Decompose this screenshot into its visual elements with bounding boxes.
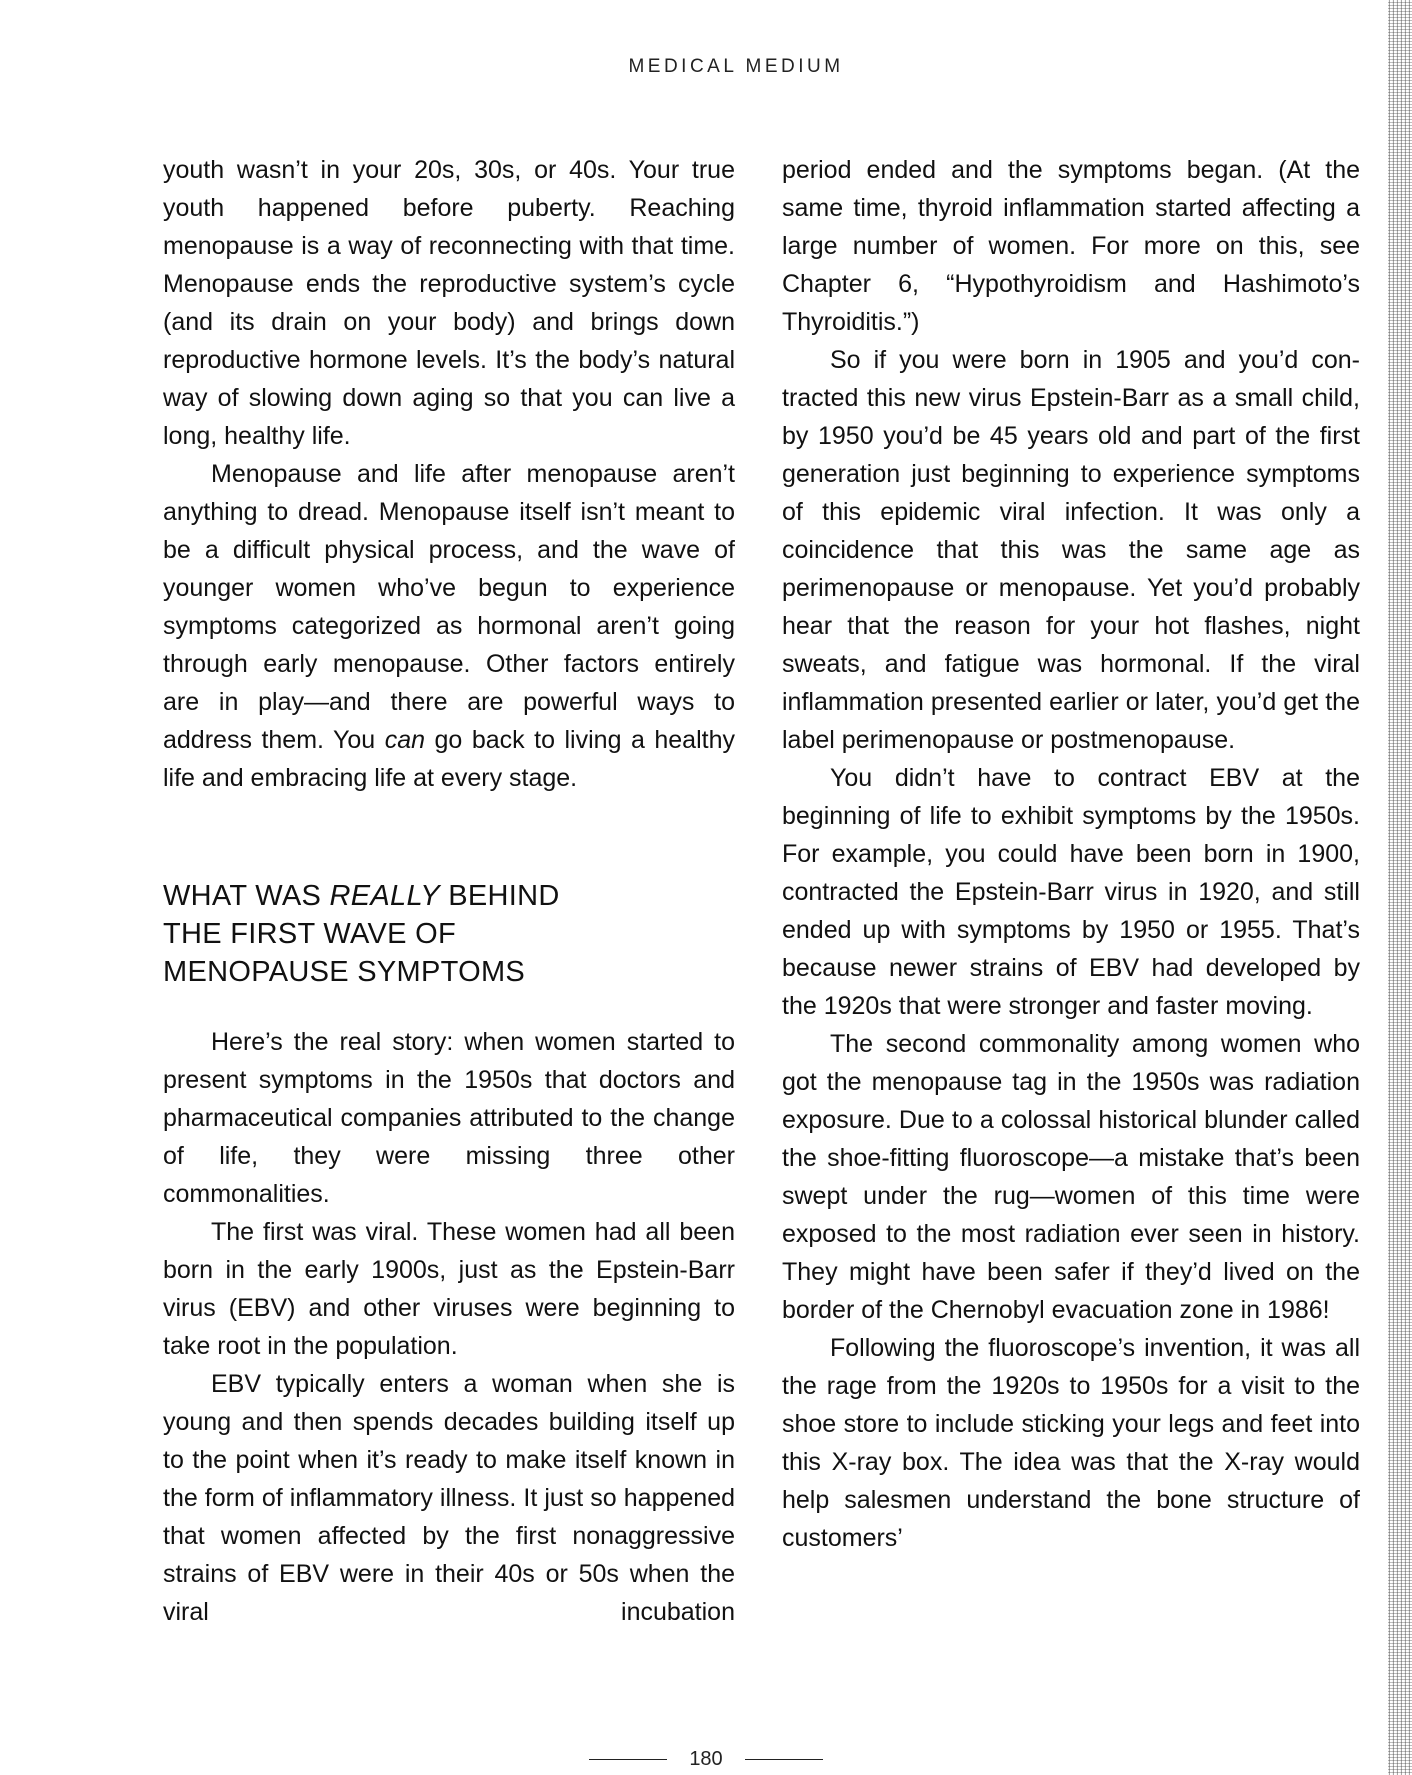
paragraph: The first was viral. These women had all… bbox=[163, 1213, 735, 1365]
paragraph-text: Menopause and life after menopause aren’… bbox=[163, 460, 735, 754]
paragraph: EBV typically enters a woman when she is… bbox=[163, 1365, 735, 1631]
heading-text: BEHIND bbox=[440, 880, 560, 912]
footer-rule-right bbox=[745, 1759, 823, 1760]
paragraph: period ended and the symptoms began. (At… bbox=[782, 151, 1360, 341]
paragraph: So if you were born in 1905 and you’d co… bbox=[782, 341, 1360, 759]
heading-text: MENOPAUSE SYMPTOMS bbox=[163, 956, 525, 988]
heading-text: WHAT WAS bbox=[163, 880, 330, 912]
paragraph: You didn’t have to contract EBV at the b… bbox=[782, 759, 1360, 1025]
paragraph: Menopause and life after menopause aren’… bbox=[163, 455, 735, 797]
paragraph: The second commonality among women who g… bbox=[782, 1025, 1360, 1329]
page-footer: 180 bbox=[0, 1748, 1412, 1771]
scanned-page-edge bbox=[1388, 0, 1412, 1775]
footer-rule-left bbox=[589, 1759, 667, 1760]
left-column: youth wasn’t in your 20s, 30s, or 40s. Y… bbox=[163, 151, 735, 1631]
running-head: MEDICAL MEDIUM bbox=[0, 56, 1412, 78]
paragraph: youth wasn’t in your 20s, 30s, or 40s. Y… bbox=[163, 151, 735, 455]
section-heading: WHAT WAS REALLY BEHIND THE FIRST WAVE OF… bbox=[163, 877, 735, 991]
page-number: 180 bbox=[689, 1748, 722, 1771]
paragraph: Following the fluoroscope’s invention, i… bbox=[782, 1329, 1360, 1557]
paragraph: Here’s the real story: when women starte… bbox=[163, 1023, 735, 1213]
heading-text: THE FIRST WAVE OF bbox=[163, 918, 456, 950]
right-column: period ended and the symptoms began. (At… bbox=[782, 151, 1360, 1557]
heading-emphasis: REALLY bbox=[330, 880, 440, 912]
spacer bbox=[163, 991, 735, 1023]
emphasis-text: can bbox=[385, 726, 425, 754]
